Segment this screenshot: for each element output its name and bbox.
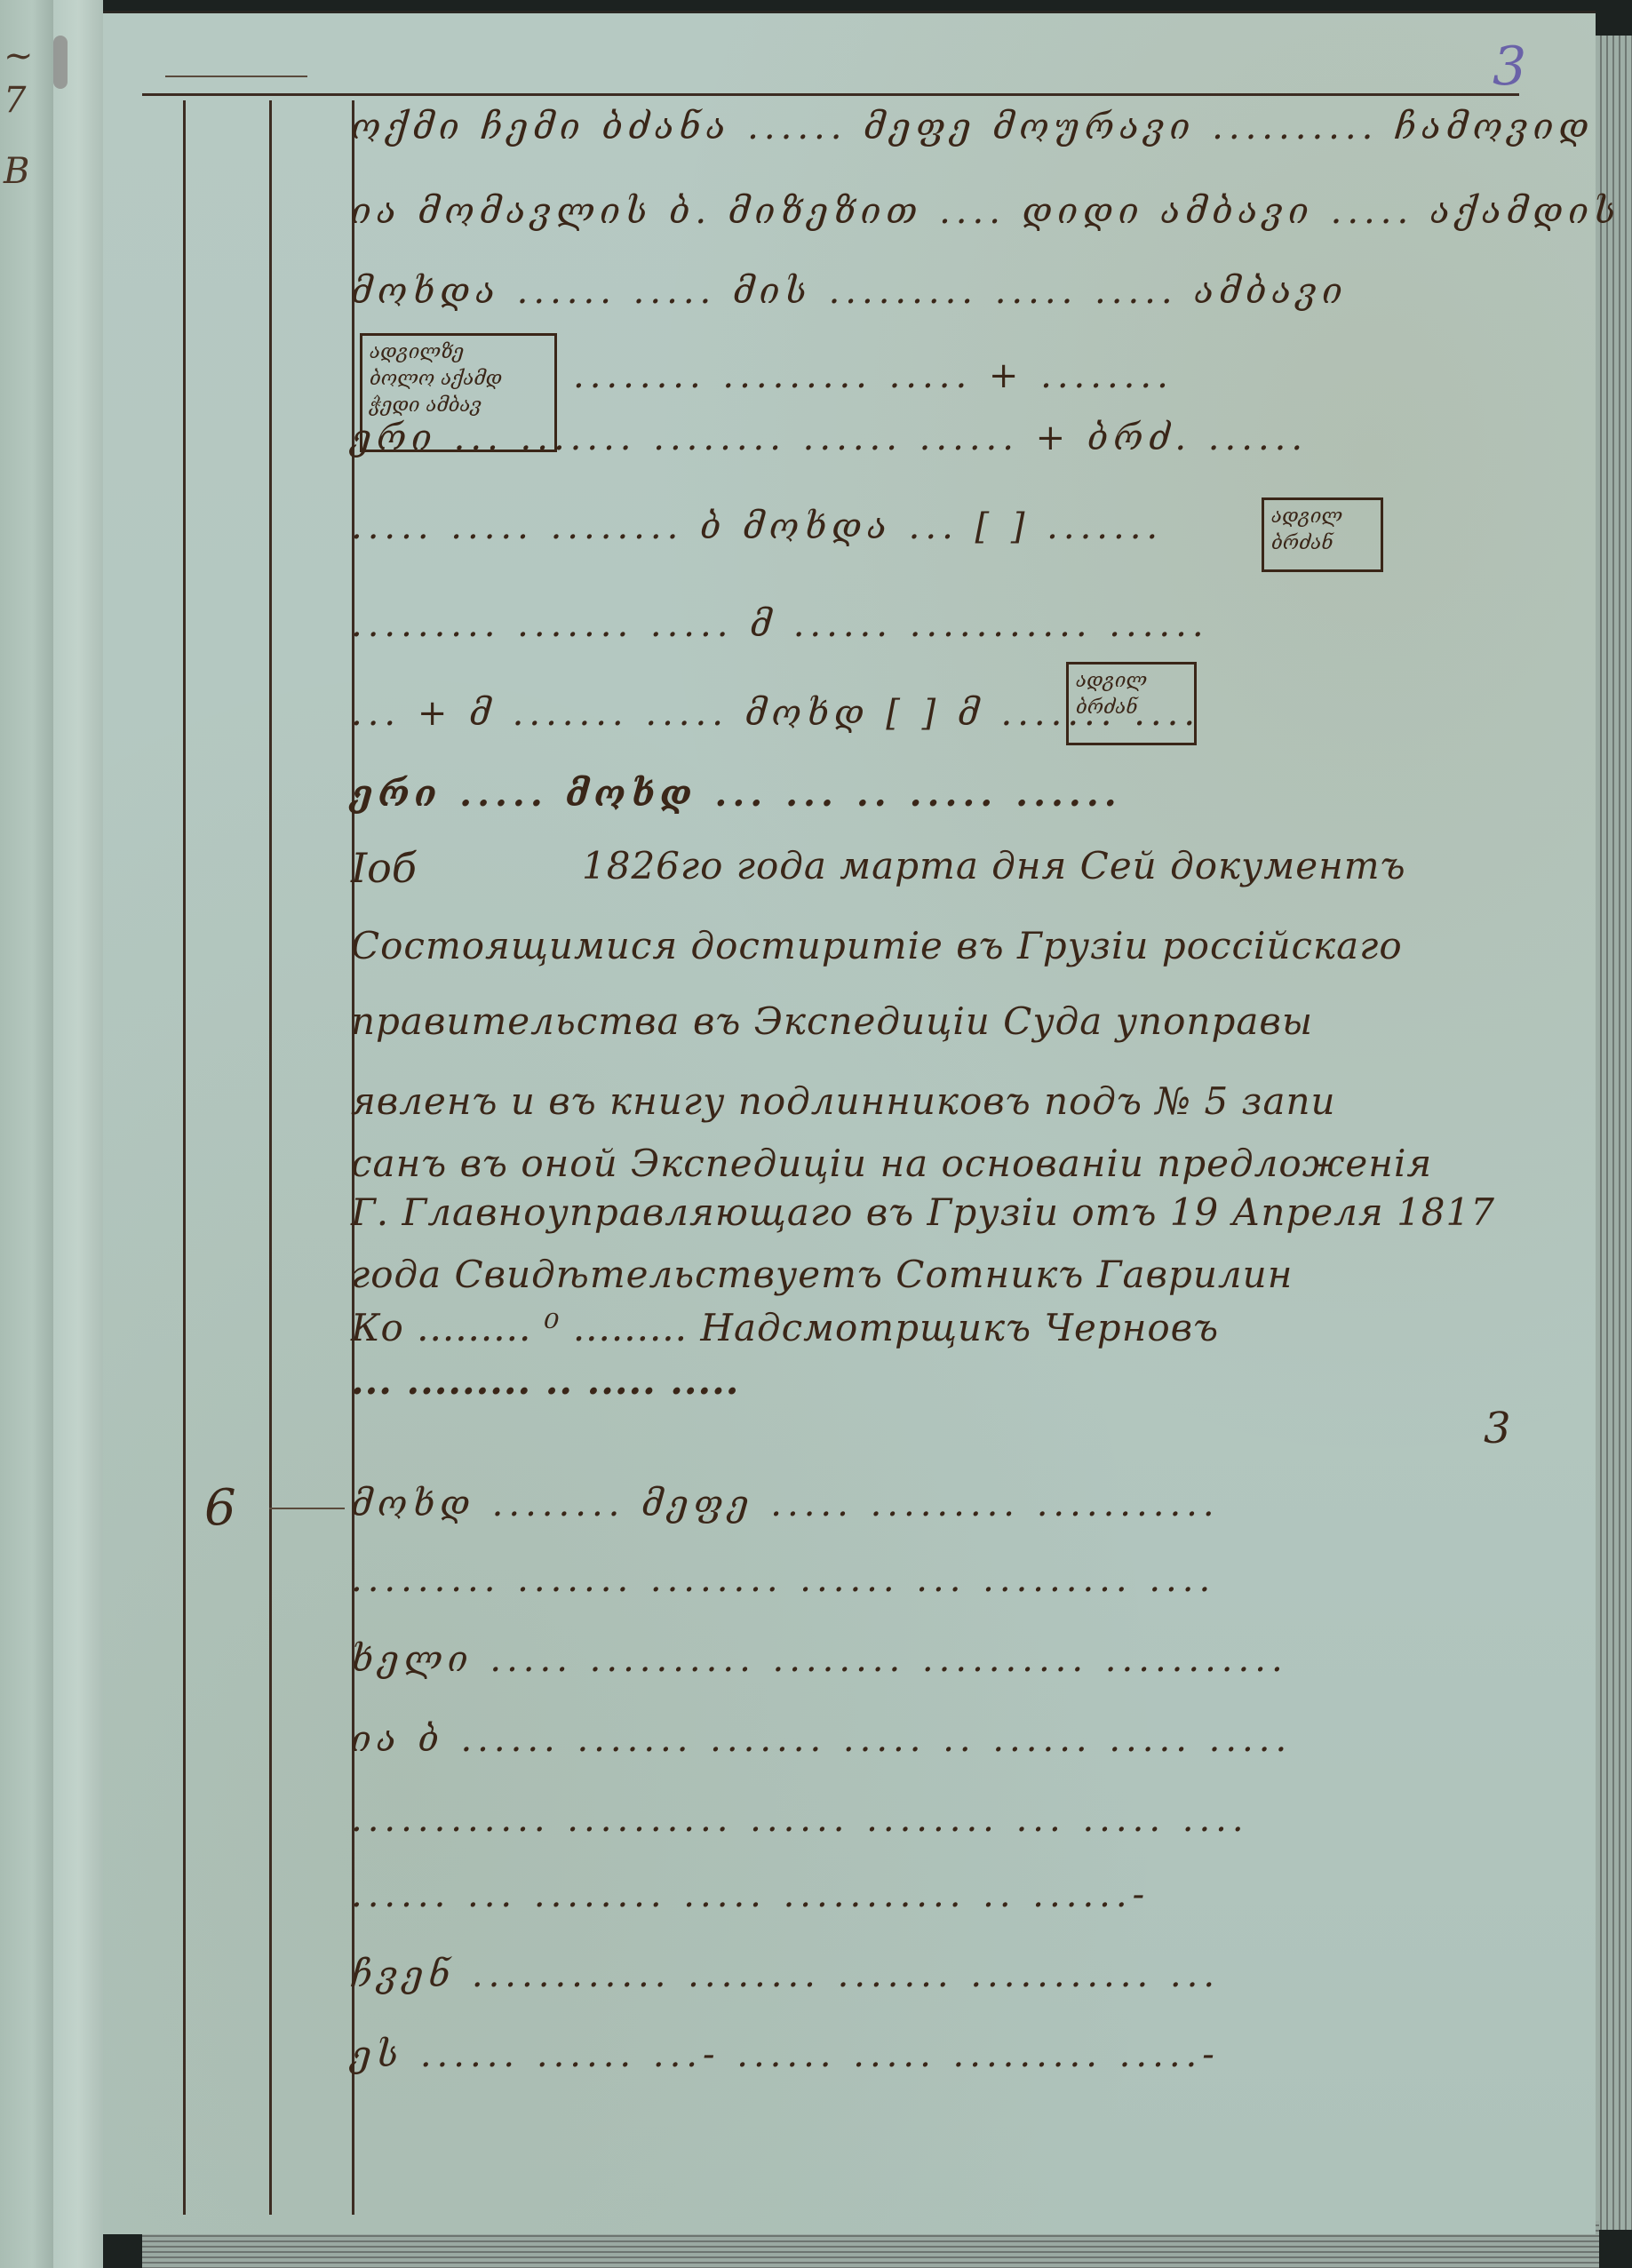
- note-line: ადგილზე: [370, 339, 547, 366]
- text-line: ხელი ..... .......... ........ .........…: [351, 1639, 1288, 1680]
- column-rule-2: [269, 100, 272, 2215]
- text-line: ეს ...... ...... ...- ...... ..... .....…: [351, 2034, 1220, 2075]
- note-line: ბოლო აქამდ: [370, 366, 547, 393]
- binding-gutter: [53, 0, 103, 2268]
- column-rule-1: [183, 100, 186, 2215]
- header-rule: [142, 93, 1519, 96]
- note-line: ბრძან: [1076, 695, 1187, 721]
- text-line: მოხდ ........ მეფე ..... ......... .....…: [351, 1484, 1220, 1524]
- text-line: Состоящимися достиритіе въ Грузіи россій…: [351, 924, 1403, 967]
- text-line: 1826го года марта дня Сей документъ: [582, 844, 1406, 887]
- text-line: Ко ......... ⁰ ......... Надсмотрщикъ Че…: [351, 1306, 1219, 1349]
- text-line: правительства въ Экспедиціи Суда упоправ…: [351, 999, 1313, 1043]
- text-line: ......... ....... ........ ...... ... ..…: [351, 1559, 1215, 1600]
- text-line: Г. Главноуправляющаго въ Грузіи отъ 19 А…: [351, 1190, 1495, 1234]
- text-line: санъ въ оной Экспедиціи на основаніи пре…: [351, 1142, 1432, 1185]
- boxed-note: ადგილ ბრძან: [1066, 662, 1197, 745]
- header-rule-short: [165, 76, 307, 77]
- note-line: ადგილ: [1271, 504, 1373, 530]
- adjacent-left-page: ~ 7 B: [0, 0, 55, 2268]
- boxed-note: ადგილ ბრძან: [1262, 497, 1383, 572]
- text-line: явленъ и въ книгу подлинниковъ подъ № 5 …: [351, 1079, 1336, 1123]
- stain: [53, 36, 68, 89]
- text-line: ..... ..... ........ ბ მოხდა ... [ ] ...…: [351, 506, 1163, 547]
- flourish-mark: Іоб: [351, 844, 417, 892]
- text-line: ............ .......... ...... ........ …: [351, 1799, 1249, 1840]
- margin-mark: 7: [4, 80, 26, 121]
- text-line: ...... ... ........ ..... ........... ..…: [351, 1874, 1150, 1915]
- margin-number: 3: [1484, 1404, 1511, 1453]
- text-line: ია მომავლის ბ. მიზეზით .... დიდი ამბავი …: [351, 191, 1620, 232]
- signature-line: ... ......... .. ..... .....: [351, 1359, 739, 1403]
- page-stack-edge: [1596, 36, 1632, 2230]
- entry-dash: [269, 1508, 345, 1509]
- note-line: ჭედი ამბავ: [370, 393, 547, 419]
- note-line: ბრძან: [1271, 530, 1373, 557]
- margin-mark: B: [4, 151, 29, 192]
- text-line: ია ბ ...... ....... ....... ..... .. ...…: [351, 1719, 1292, 1760]
- text-line: ........ ......... ..... + ........: [573, 355, 1174, 396]
- text-line: ჩვენ ............ ........ ....... .....…: [351, 1954, 1220, 1995]
- text-line: ......... ....... ..... მ ...... .......…: [351, 604, 1209, 645]
- note-line: ადგილ: [1076, 668, 1187, 695]
- text-line: მოხდა ...... ..... მის ......... ..... .…: [351, 271, 1348, 312]
- folio-number: 3: [1493, 36, 1526, 98]
- margin-mark: ~: [4, 36, 34, 76]
- text-line: ოქმი ჩემი ბძანა ...... მეფე მოურავი ....…: [351, 107, 1594, 147]
- signature-line: ერი ..... მოხდ ... ... .. ..... ......: [351, 773, 1122, 815]
- entry-number: 6: [204, 1479, 236, 1537]
- text-line: года Свидѣтельствуетъ Сотникъ Гаврилин: [351, 1253, 1293, 1296]
- boxed-note: ადგილზე ბოლო აქამდ ჭედი ამბავ: [360, 333, 557, 452]
